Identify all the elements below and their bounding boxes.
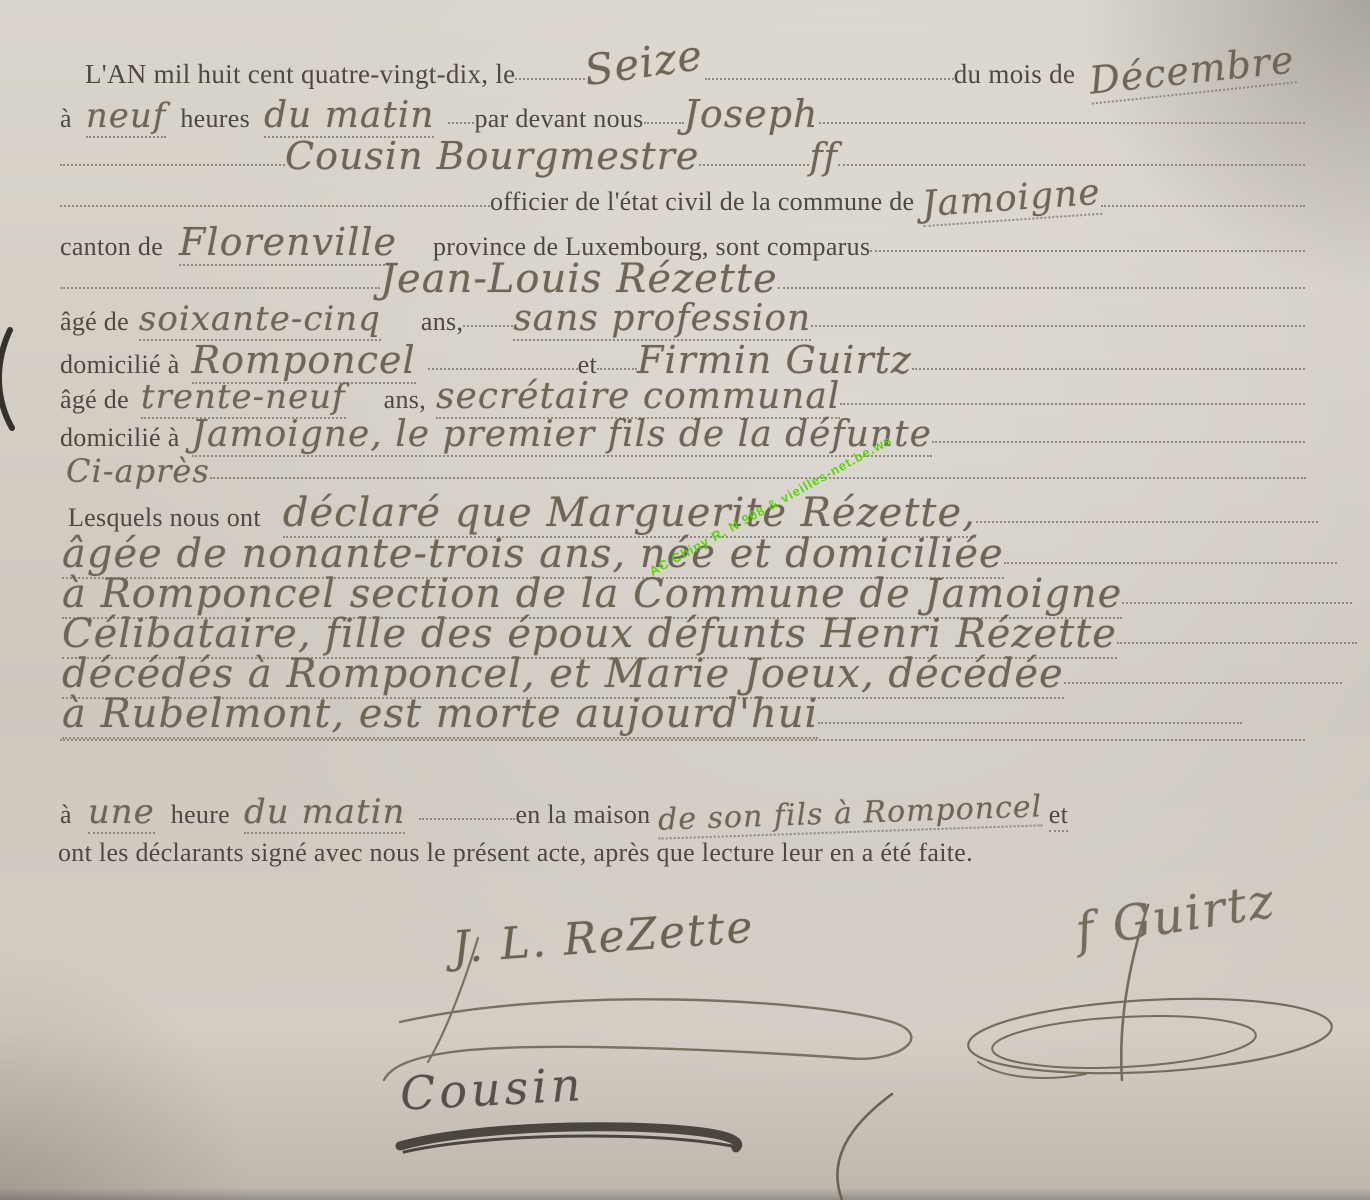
guirtz-tail — [978, 1062, 1086, 1078]
signature-rezette: J. L. ReZette — [451, 902, 756, 974]
form-line: âgé de soixante-cinq ans, sans professio… — [60, 298, 1305, 341]
handwritten-entry: de son fils à Romponcel — [658, 789, 1043, 839]
signature-guirtz: f Guirtz — [1072, 873, 1279, 960]
dotted-rule — [60, 287, 380, 289]
dotted-rule — [819, 122, 1306, 124]
printed-text: par devant nous — [474, 104, 643, 134]
form-line: Ci-après — [66, 452, 1306, 490]
printed-text: à — [60, 104, 72, 134]
printed-text: âgé de — [60, 307, 129, 337]
form-line: à Rubelmont, est morte aujourd'hui — [62, 691, 1242, 739]
handwritten-entry: ff — [809, 137, 838, 178]
printed-text: âgé de — [60, 385, 129, 415]
printed-text: ont les déclarants signé avec nous le pr… — [58, 838, 973, 868]
binding-mark — [0, 330, 12, 428]
handwritten-entry: Seize — [582, 30, 707, 95]
handwritten-entry: neuf — [86, 96, 167, 138]
form-line: Jean-Louis Rézette — [60, 256, 1305, 302]
cousin-swash-echo — [404, 1136, 732, 1152]
dotted-rule — [1004, 562, 1337, 564]
form-line: à une heure du matin en la maison de son… — [60, 792, 1322, 834]
printed-text: heures — [180, 104, 250, 134]
printed-text: heure — [171, 800, 230, 830]
dotted-rule — [597, 368, 637, 370]
dotted-rule — [210, 477, 1306, 479]
handwritten-entry: soixante-cinq — [139, 299, 381, 341]
dotted-rule — [778, 287, 1305, 289]
printed-text: en la maison — [515, 800, 650, 830]
dotted-rule — [932, 441, 1305, 443]
handwritten-entry: du matin — [244, 792, 405, 834]
handwritten-entry: sans profession — [513, 298, 811, 341]
handwritten-entry: Ci-après — [66, 452, 210, 490]
cousin-swash — [400, 1127, 738, 1148]
dotted-rule — [699, 164, 809, 166]
printed-text: Lesquels nous ont — [68, 503, 261, 533]
death-record-scan: L'AN mil huit cent quatre-vingt-dix, le … — [0, 0, 1370, 1200]
dotted-rule — [419, 818, 515, 820]
dotted-rule — [463, 325, 513, 327]
signature-cousin: Cousin — [399, 1057, 586, 1121]
handwritten-entry: Jamoigne, le premier fils de la défunte — [192, 414, 932, 457]
dotted-rule — [60, 164, 285, 166]
printed-text: et — [1049, 800, 1068, 832]
printed-text: L'AN mil huit cent quatre-vingt-dix, le — [85, 59, 515, 90]
dotted-rule — [976, 521, 1318, 523]
dotted-rule — [60, 205, 490, 207]
form-line: âgé de trente-neuf ans, secrétaire commu… — [60, 376, 1305, 419]
flourish-curve — [837, 1094, 892, 1200]
handwritten-entry: Cousin Bourgmestre — [285, 134, 699, 178]
dotted-rule — [705, 78, 954, 80]
dotted-rule — [644, 122, 684, 124]
dotted-rule — [1117, 642, 1357, 644]
dotted-rule — [515, 78, 585, 80]
handwritten-entry: Jean-Louis Rézette — [380, 256, 778, 302]
dotted-rule — [428, 368, 578, 370]
dotted-rule — [840, 403, 1305, 405]
dotted-rule — [1101, 205, 1305, 207]
dotted-rule — [448, 122, 474, 124]
guirtz-ellipse-inner — [991, 1010, 1257, 1074]
dotted-rule — [870, 250, 1305, 252]
printed-text: à — [60, 800, 72, 830]
form-line: L'AN mil huit cent quatre-vingt-dix, le … — [85, 44, 1295, 94]
form-line: à neuf heures du matin par devant nous J… — [60, 92, 1305, 138]
handwritten-entry: trente-neuf — [141, 377, 346, 419]
handwritten-entry: Joseph — [684, 92, 819, 136]
form-line: ont les déclarants signé avec nous le pr… — [58, 838, 1178, 868]
dotted-rule — [912, 368, 1305, 370]
printed-text: ans, — [421, 307, 463, 337]
form-line: officier de l'état civil de la commune d… — [60, 178, 1305, 221]
dotted-rule — [1122, 602, 1352, 604]
dotted-rule — [818, 722, 1242, 724]
dotted-rule — [60, 739, 1305, 741]
handwritten-entry: secrétaire communal — [436, 376, 840, 419]
guirtz-ellipse-outer — [966, 991, 1333, 1082]
form-line — [60, 742, 1305, 760]
printed-text: officier de l'état civil de la commune d… — [490, 187, 914, 217]
printed-text: ans, — [384, 385, 426, 415]
handwritten-entry: du matin — [264, 95, 434, 138]
dotted-rule — [811, 325, 1305, 327]
handwritten-entry: Jamoigne — [921, 172, 1102, 227]
form-line: Cousin Bourgmestre ff — [60, 134, 1305, 178]
printed-text: du mois de — [954, 59, 1076, 90]
dotted-rule — [1064, 682, 1342, 684]
printed-text: domicilié à — [60, 423, 180, 453]
form-line: domicilié à Jamoigne, le premier fils de… — [60, 414, 1305, 457]
dotted-rule — [838, 164, 1305, 166]
handwritten-entry: une — [88, 792, 155, 834]
handwritten-entry: à Rubelmont, est morte aujourd'hui — [62, 691, 818, 739]
